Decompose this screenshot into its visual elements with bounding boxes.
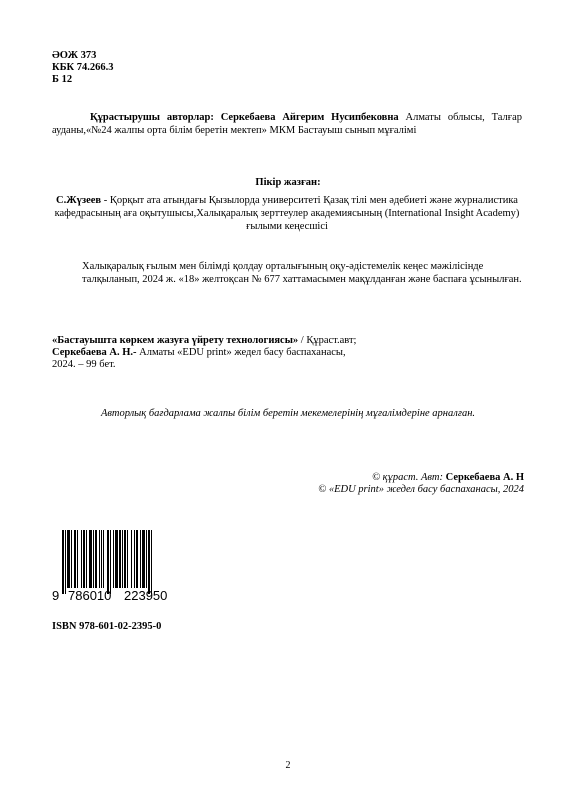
barcode-digit-first: 9 xyxy=(52,588,59,602)
copyright-publisher: © «EDU print» жедел басу баспаханасы, 20… xyxy=(318,484,524,496)
book-title-suffix: / Құраст.авт; xyxy=(298,335,356,346)
barcode-bars-icon: 9 786010 223950 xyxy=(52,530,180,602)
purpose-statement: Авторлық бағдарлама жалпы білім беретін … xyxy=(0,408,576,419)
isbn-number: ISBN 978-601-02-2395-0 xyxy=(52,621,161,632)
isbn-barcode: 9 786010 223950 xyxy=(52,530,180,602)
reviewer-name: С.Жүзеев xyxy=(56,195,101,206)
compiler-name: Серкебаева Айгерим Нусипбековна xyxy=(221,112,399,123)
book-year-pages: 2024. – 99 бет. xyxy=(52,359,356,371)
reviewer-heading: Пікір жазған: xyxy=(0,177,576,188)
udc-code: ӘОЖ 373 xyxy=(52,50,114,62)
barcode-digits-right: 223950 xyxy=(124,588,167,602)
compilers-paragraph: Құрастырушы авторлар: Серкебаева Айгерим… xyxy=(52,111,522,137)
book-author: Серкебаева А. Н.- xyxy=(52,347,137,358)
bibliographic-record: «Бастауышта көркем жазуға үйрету техноло… xyxy=(52,335,356,371)
copyright-compiler-prefix: © құраст. Авт: xyxy=(372,472,443,483)
book-title: «Бастауышта көркем жазуға үйрету техноло… xyxy=(52,335,298,346)
approval-text: Халықаралық ғылым мен білімді қолдау орт… xyxy=(52,260,522,286)
copyright-compiler-name: Серкебаева А. Н xyxy=(443,472,524,483)
reviewer-description: - Қорқыт ата атындағы Қызылорда универси… xyxy=(55,195,520,232)
classification-codes: ӘОЖ 373 КБК 74.266.3 Б 12 xyxy=(52,50,114,86)
reviewer-paragraph: С.Жүзеев - Қорқыт ата атындағы Қызылорда… xyxy=(52,194,522,233)
author-mark: Б 12 xyxy=(52,74,114,86)
compilers-label: Құрастырушы авторлар: xyxy=(90,112,214,123)
barcode-digits-left: 786010 xyxy=(68,588,111,602)
copyright-block: © құраст. Авт: Серкебаева А. Н © «EDU pr… xyxy=(318,472,524,496)
approval-paragraph: Халықаралық ғылым мен білімді қолдау орт… xyxy=(52,260,522,286)
bbk-code: КБК 74.266.3 xyxy=(52,62,114,74)
page-number: 2 xyxy=(0,760,576,771)
book-publisher: Алматы «EDU print» жедел басу баспаханас… xyxy=(137,347,346,358)
